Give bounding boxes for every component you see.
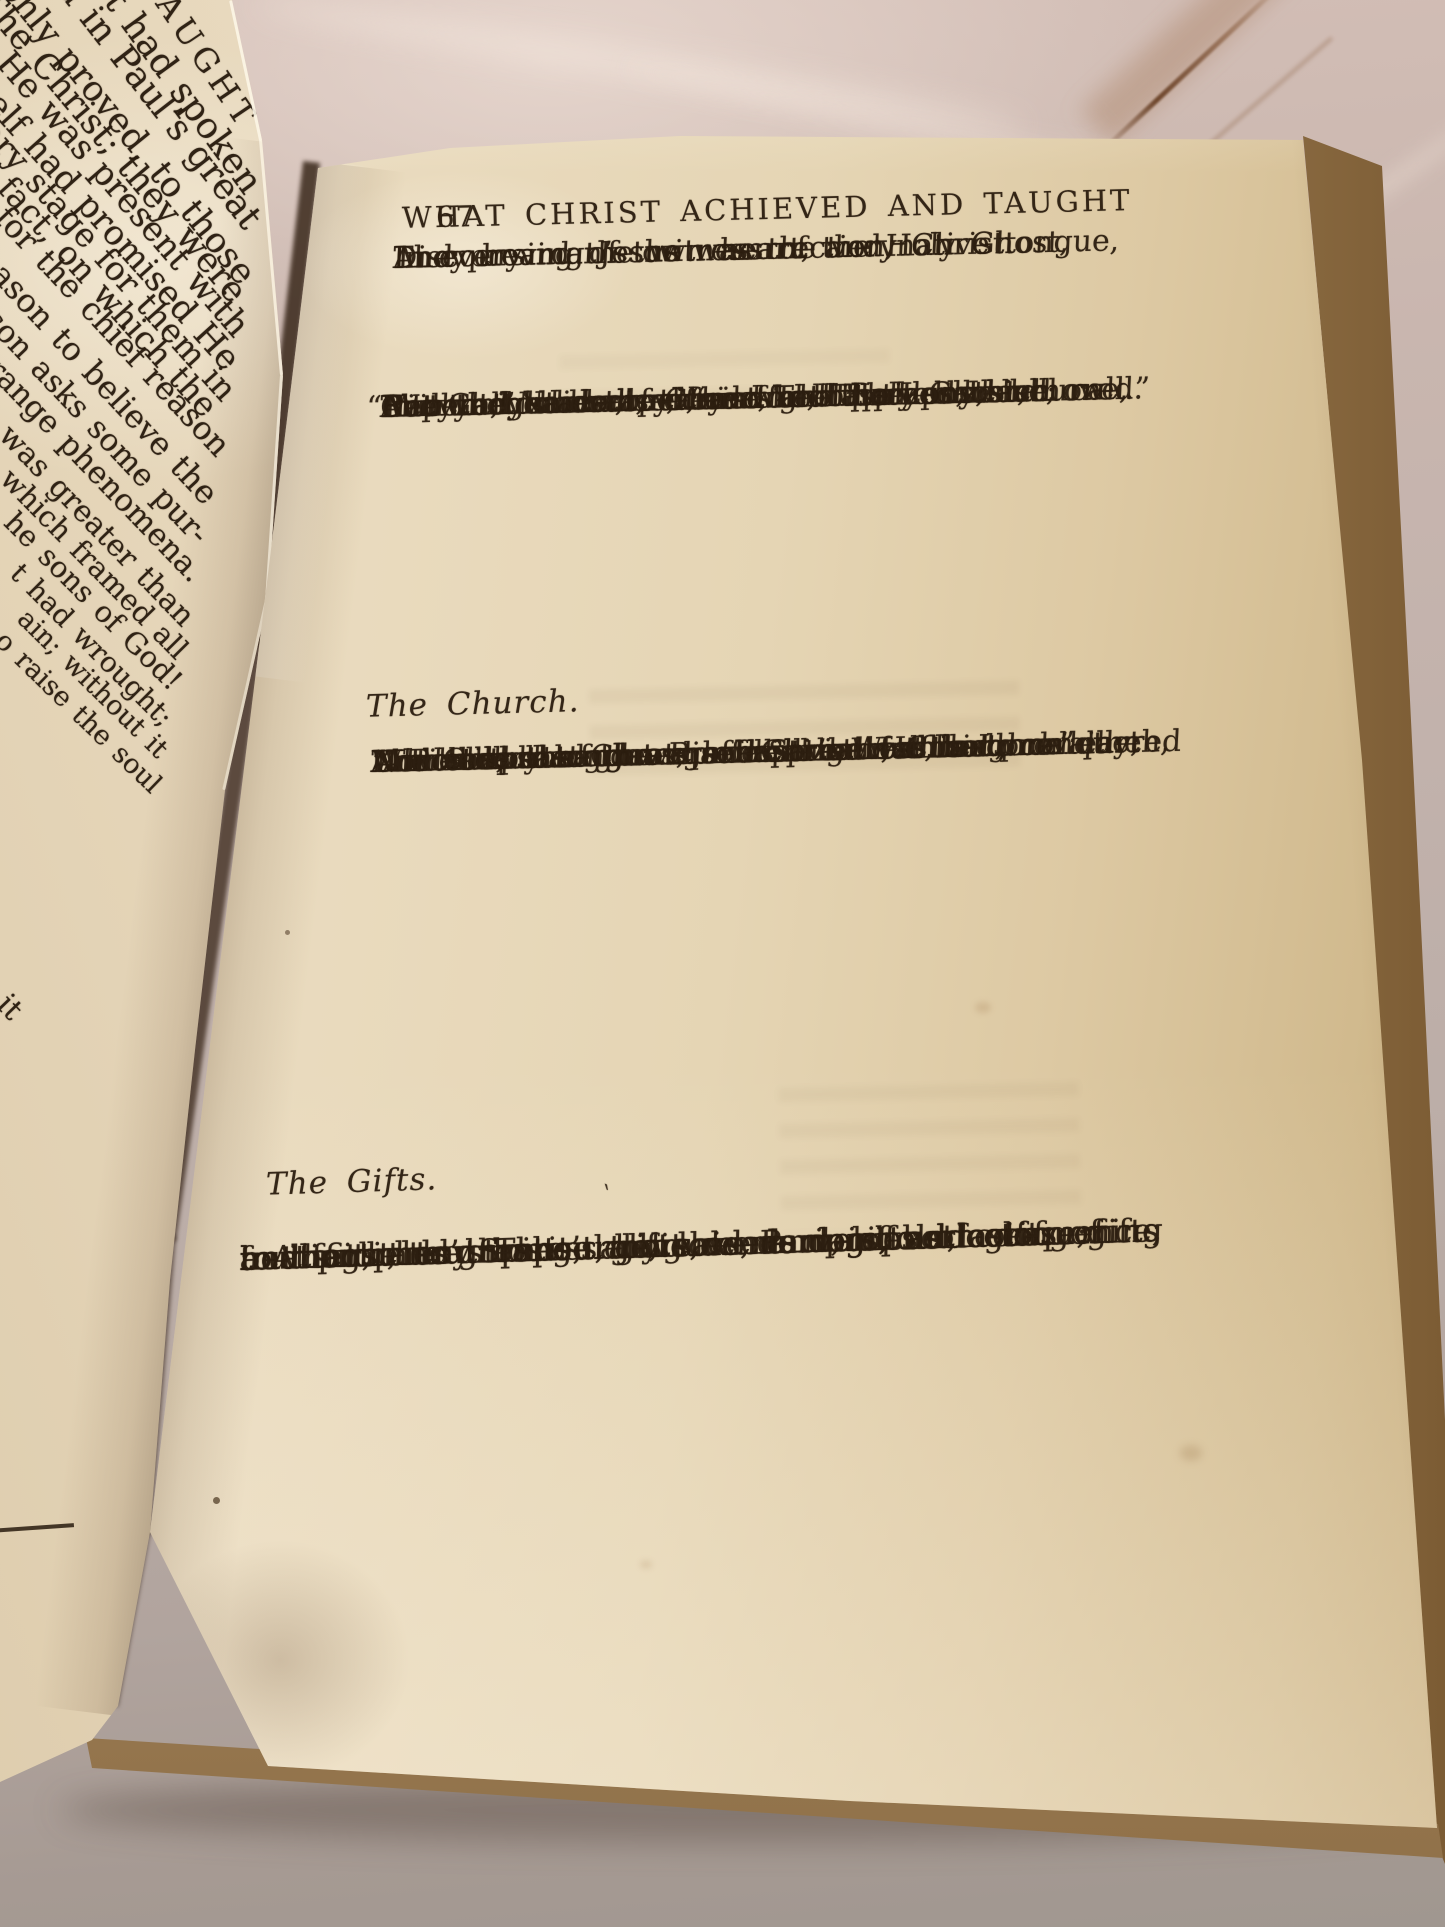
section-heading-gifts: The Gifts.: [265, 1161, 437, 1202]
foxing-stain: [640, 1560, 652, 1569]
paragraph-line: to men: the greatest, love, enduring eve…: [239, 1213, 1051, 1281]
book-photo: TAUGHT hrist had spoken red in Paul’s gr…: [0, 0, 1445, 1927]
foxing-stain: [1180, 1445, 1202, 1461]
ink-showthrough: [779, 1082, 1082, 1233]
foxing-stain: [975, 1002, 991, 1013]
section-heading-church: The Church.: [366, 683, 580, 725]
stray-ink-mark: `: [591, 1181, 615, 1214]
ink-speck: [213, 1497, 220, 1504]
ink-speck: [285, 930, 290, 935]
running-header: WHAT CHRIST ACHIEVED AND TAUGHT67: [402, 199, 476, 235]
